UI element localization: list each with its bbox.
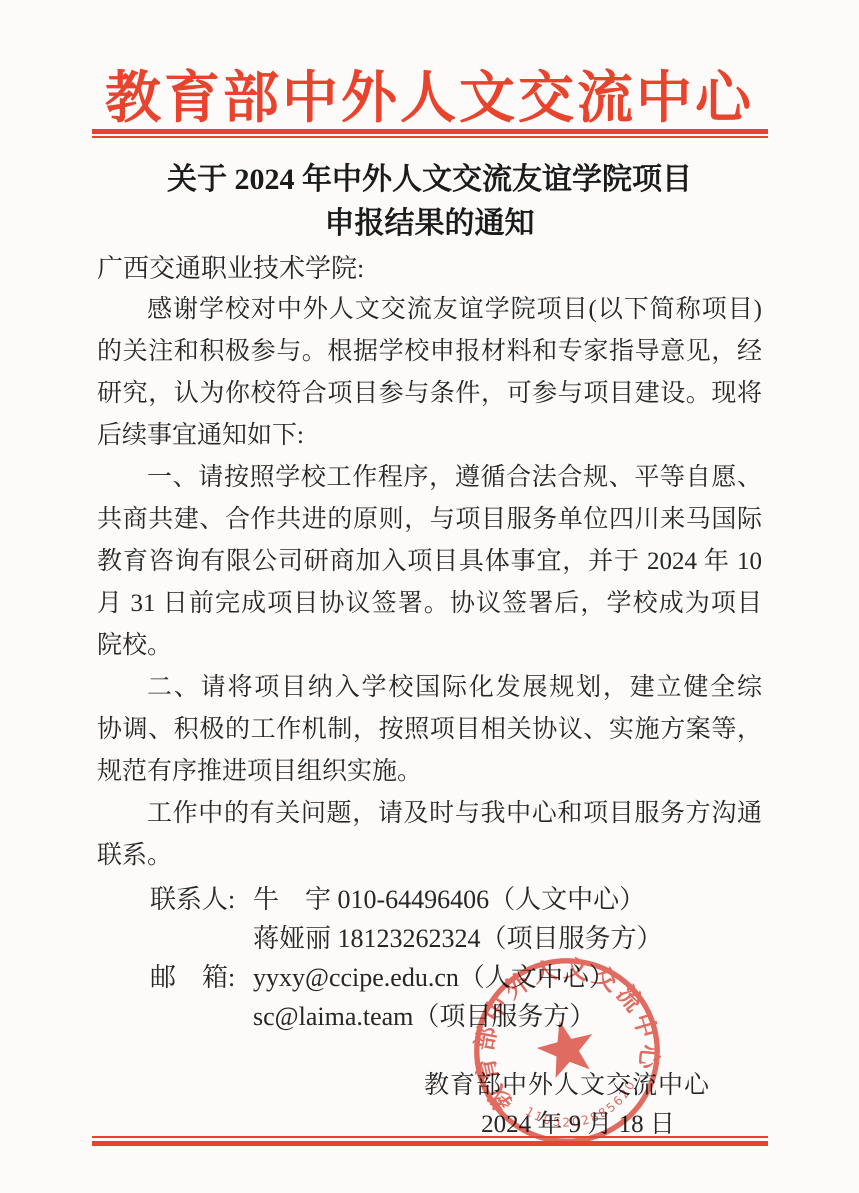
- document-title-line1: 关于 2024 年中外人文交流友谊学院项目: [0, 158, 859, 202]
- recipient-salutation: 广西交通职业技术学院:: [97, 248, 364, 290]
- body-line: 联系。: [97, 835, 762, 877]
- body-line: 感谢学校对中外人文交流友谊学院项目(以下简称项目): [97, 289, 762, 331]
- body-line: 二、请将项目纳入学校国际化发展规划，建立健全综合、: [97, 667, 762, 709]
- footer-divider-thick-line: [92, 1141, 768, 1146]
- notice-document-page: 教育部中外人文交流中心 关于 2024 年中外人文交流友谊学院项目 申报结果的通…: [0, 0, 859, 1193]
- contact-label: 联系人:: [150, 880, 253, 919]
- contact-label: [150, 997, 253, 1036]
- issuer-signature: 教育部中外人文交流中心: [420, 1071, 714, 1101]
- letterhead-divider-thin-line: [92, 136, 768, 138]
- document-title-line2: 申报结果的通知: [0, 202, 859, 246]
- paragraph: 二、请将项目纳入学校国际化发展规划，建立健全综合、协调、积极的工作机制，按照项目…: [97, 667, 762, 793]
- contact-label: [150, 919, 253, 958]
- body-line: 月 31 日前完成项目协议签署。协议签署后，学校成为项目: [97, 583, 762, 625]
- body-line: 协调、积极的工作机制，按照项目相关协议、实施方案等，: [97, 709, 762, 751]
- body-line: 后续事宜通知如下:: [97, 415, 762, 457]
- paragraph: 工作中的有关问题，请及时与我中心和项目服务方沟通联系。: [97, 793, 762, 877]
- body-line: 研究，认为你校符合项目参与条件，可参与项目建设。现将: [97, 373, 762, 415]
- contact-value: 牛 宇 010-64496406（人文中心）: [253, 880, 645, 919]
- contact-row: sc@laima.team（项目服务方）: [150, 997, 663, 1036]
- footer-divider: [92, 1136, 768, 1146]
- contact-row: 蒋娅丽 18123262324（项目服务方）: [150, 919, 663, 958]
- letterhead-divider-thick-line: [92, 129, 768, 134]
- paragraph: 感谢学校对中外人文交流友谊学院项目(以下简称项目)的关注和积极参与。根据学校申报…: [97, 289, 762, 457]
- contact-label: 邮 箱:: [150, 958, 253, 997]
- paragraph: 一、请按照学校工作程序，遵循合法合规、平等自愿、共商共建、合作共进的原则，与项目…: [97, 457, 762, 667]
- letterhead-title: 教育部中外人文交流中心: [0, 54, 859, 134]
- body-line: 一、请按照学校工作程序，遵循合法合规、平等自愿、: [97, 457, 762, 499]
- contact-value: yyxy@ccipe.edu.cn（人文中心）: [253, 958, 615, 997]
- letterhead-divider: [92, 129, 768, 138]
- contact-row: 邮 箱:yyxy@ccipe.edu.cn（人文中心）: [150, 958, 663, 997]
- body-line: 院校。: [97, 625, 762, 667]
- contact-value: 蒋娅丽 18123262324（项目服务方）: [253, 919, 663, 958]
- body-text: 感谢学校对中外人文交流友谊学院项目(以下简称项目)的关注和积极参与。根据学校申报…: [97, 289, 762, 877]
- document-title: 关于 2024 年中外人文交流友谊学院项目 申报结果的通知: [0, 158, 859, 246]
- body-line: 规范有序推进项目组织实施。: [97, 751, 762, 793]
- contact-value: sc@laima.team（项目服务方）: [253, 997, 595, 1036]
- contact-row: 联系人:牛 宇 010-64496406（人文中心）: [150, 880, 663, 919]
- contact-block: 联系人:牛 宇 010-64496406（人文中心）蒋娅丽 1812326232…: [150, 880, 663, 1036]
- body-line: 的关注和积极参与。根据学校申报材料和专家指导意见，经: [97, 331, 762, 373]
- body-line: 教育咨询有限公司研商加入项目具体事宜，并于 2024 年 10: [97, 541, 762, 583]
- body-line: 共商共建、合作共进的原则，与项目服务单位四川来马国际: [97, 499, 762, 541]
- footer-divider-thin-line: [92, 1136, 768, 1138]
- body-line: 工作中的有关问题，请及时与我中心和项目服务方沟通: [97, 793, 762, 835]
